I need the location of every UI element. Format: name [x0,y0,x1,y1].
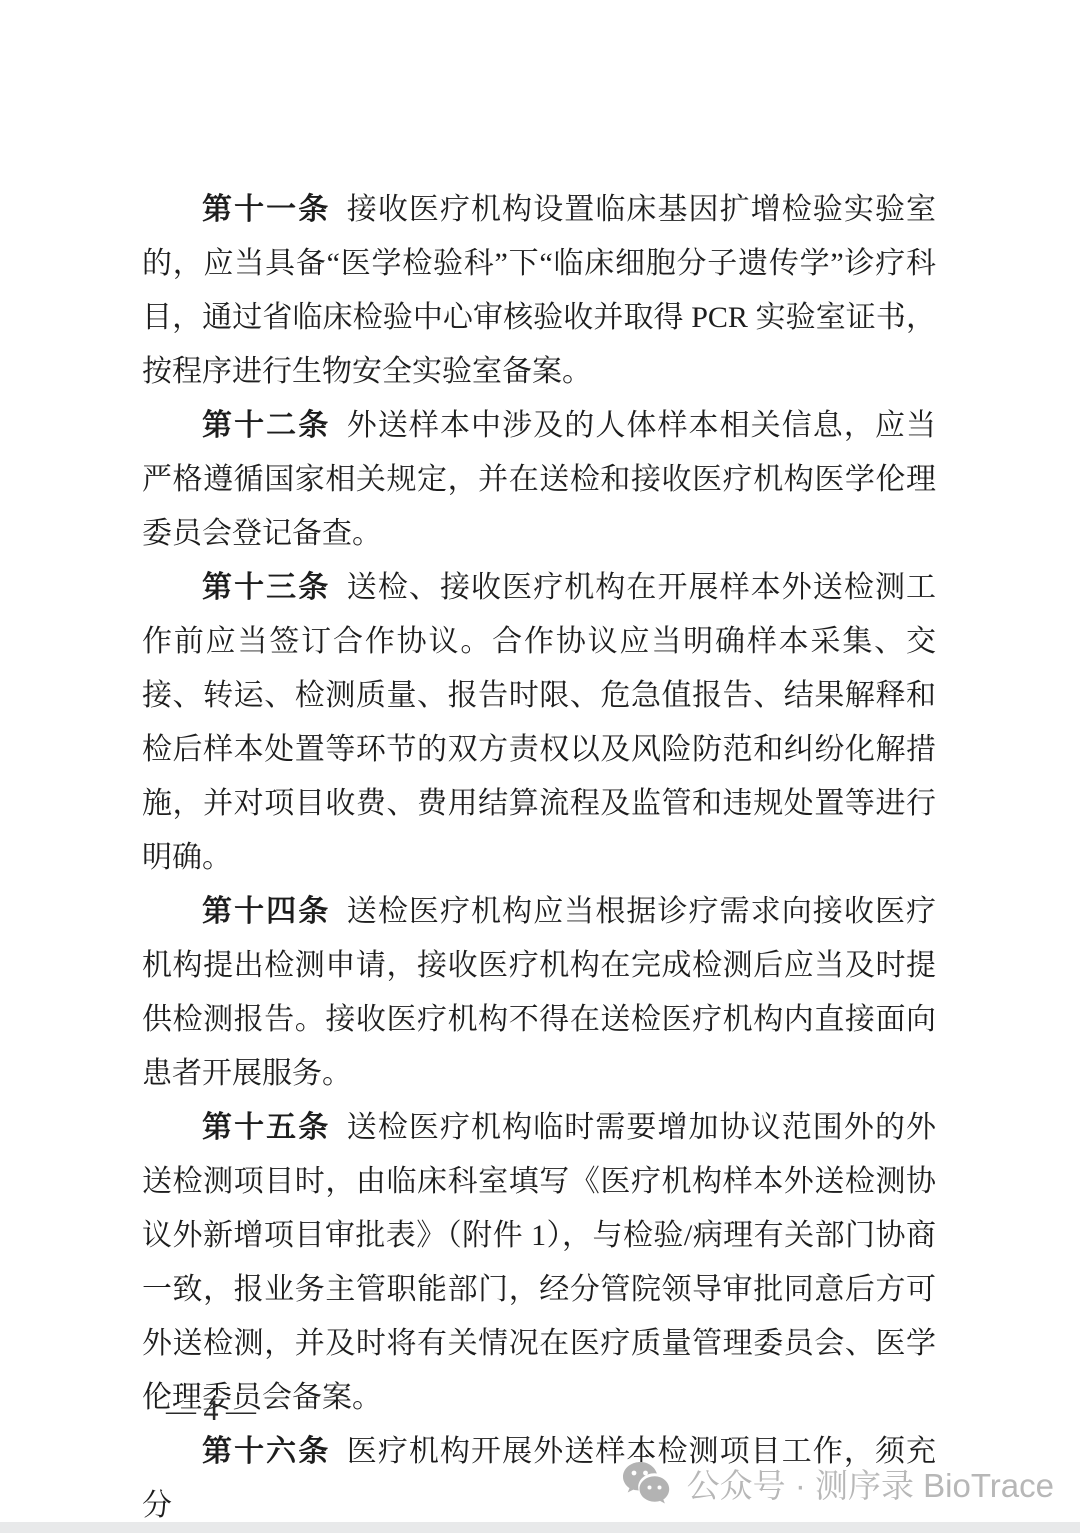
page-number: — 4 — [166,1394,256,1428]
article-number-label: 第十五条 [202,1111,330,1144]
article-text: 送检、接收医疗机构在开展样本外送检测工作前应当签订合作协议。合作协议应当明确样本… [142,571,936,874]
document-page: { "page": { "background_color": "#ffffff… [0,0,1080,1533]
article-number-label: 第十四条 [202,895,330,928]
article-paragraph: 第十二条外送样本中涉及的人体样本相关信息，应当严格遵循国家相关规定，并在送检和接… [142,399,936,561]
article-number-label: 第十二条 [202,409,330,442]
article-number-label: 第十一条 [202,193,330,226]
document-text-block: 第十一条接收医疗机构设置临床基因扩增检验实验室的，应当具备“医学检验科”下“临床… [142,183,936,1533]
article-number-label: 第十六条 [202,1435,330,1468]
article-number-label: 第十三条 [202,571,330,604]
bottom-divider-bar [0,1522,1080,1533]
watermark-text: 公众号 · 测序录 BioTrace [687,1460,1054,1507]
wechat-icon [621,1460,673,1507]
article-text: 送检医疗机构临时需要增加协议范围外的外送检测项目时，由临床科室填写《医疗机构样本… [142,1111,936,1414]
article-paragraph: 第十三条送检、接收医疗机构在开展样本外送检测工作前应当签订合作协议。合作协议应当… [142,561,936,885]
watermark: 公众号 · 测序录 BioTrace [621,1460,1054,1507]
article-paragraph: 第十五条送检医疗机构临时需要增加协议范围外的外送检测项目时，由临床科室填写《医疗… [142,1101,936,1425]
article-paragraph: 第十四条送检医疗机构应当根据诊疗需求向接收医疗机构提出检测申请，接收医疗机构在完… [142,885,936,1101]
article-paragraph: 第十一条接收医疗机构设置临床基因扩增检验实验室的，应当具备“医学检验科”下“临床… [142,183,936,399]
